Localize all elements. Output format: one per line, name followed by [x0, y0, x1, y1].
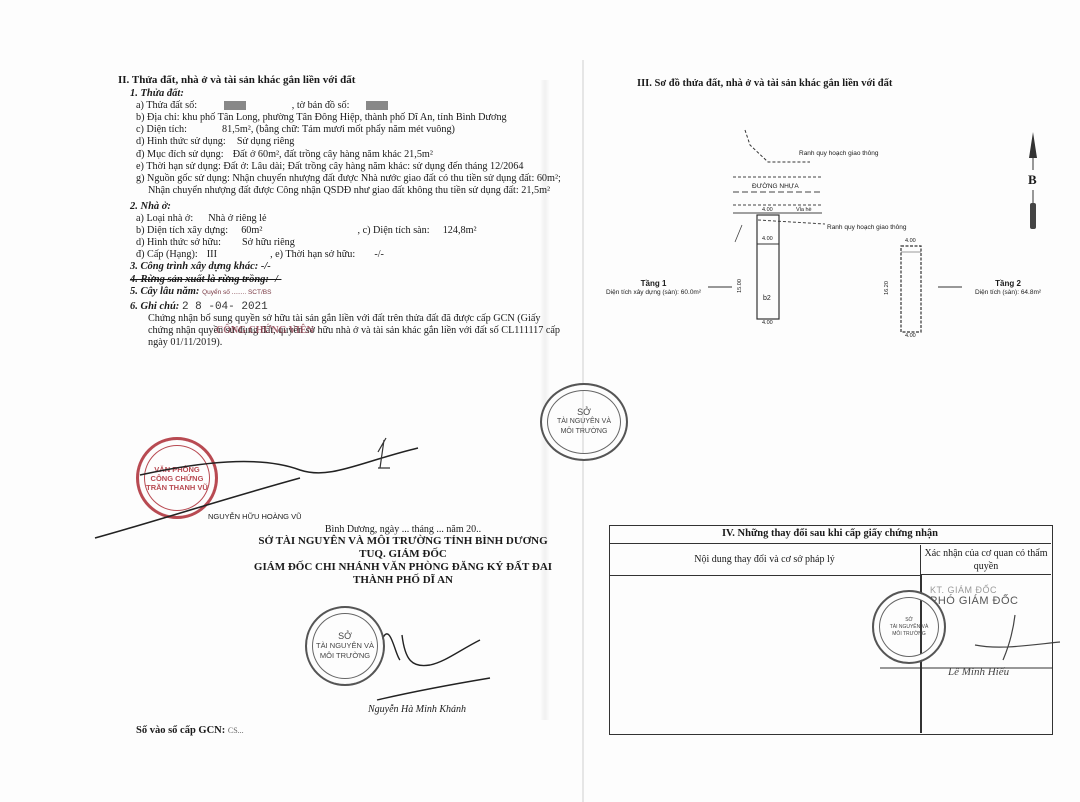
floor-1-desc: Diện tích xây dựng (sàn): 60.0m²: [606, 289, 701, 296]
changes-stamp-line2: TÀI NGUYÊN VÀ: [890, 624, 929, 631]
changes-stamp-line1: SỞ: [905, 617, 913, 624]
sidewalk-label: Vỉa hè: [796, 207, 812, 213]
floor2-bottom-dimension: 4.00: [905, 333, 916, 339]
floor2-top-dimension: 4.00: [905, 238, 916, 244]
changes-col-content: Nội dung thay đổi và cơ sở pháp lý: [609, 545, 921, 576]
changes-stamp-line3: MÔI TRƯỜNG: [892, 631, 925, 638]
room-label: b2: [763, 295, 771, 302]
changes-signer-name: Lê Minh Hiếu: [948, 666, 1009, 678]
changes-stamp: SỞ TÀI NGUYÊN VÀ MÔI TRƯỜNG: [872, 590, 946, 664]
north-arrow-icon: B: [1028, 172, 1037, 188]
floor-1-title: Tầng 1: [641, 279, 667, 288]
changes-signer-title-1: KT. GIÁM ĐỐC: [930, 585, 1019, 595]
planning-label-bottom: Ranh quy hoạch giao thông: [827, 224, 907, 231]
changes-table-title: IV. Những thay đổi sau khi cấp giấy chứn…: [609, 525, 1051, 544]
changes-signer-title: KT. GIÁM ĐỐC PHÓ GIÁM ĐỐC: [930, 585, 1019, 607]
road-label: ĐƯỜNG NHỰA: [752, 183, 799, 190]
floor-2-desc: Diện tích (sàn): 64.8m²: [975, 289, 1041, 296]
floor-1-label: Tầng 1 Diện tích xây dựng (sàn): 60.0m²: [596, 280, 711, 297]
inner-dimension: 4.00: [762, 236, 773, 242]
front-dimension: 4.00: [762, 207, 773, 213]
changes-col-confirmation: Xác nhận của cơ quan có thẩm quyền: [921, 545, 1051, 575]
side-dimension: 15.00: [737, 279, 743, 293]
floor-2-label: Tầng 2 Diện tích (sàn): 64.8m²: [963, 280, 1053, 297]
bottom-dimension: 4.00: [762, 320, 773, 326]
floor-2-title: Tầng 2: [995, 279, 1021, 288]
floor2-side-dimension: 16.20: [884, 281, 890, 295]
changes-signer-title-2: PHÓ GIÁM ĐỐC: [930, 595, 1019, 607]
planning-label-top: Ranh quy hoạch giao thông: [799, 150, 879, 157]
